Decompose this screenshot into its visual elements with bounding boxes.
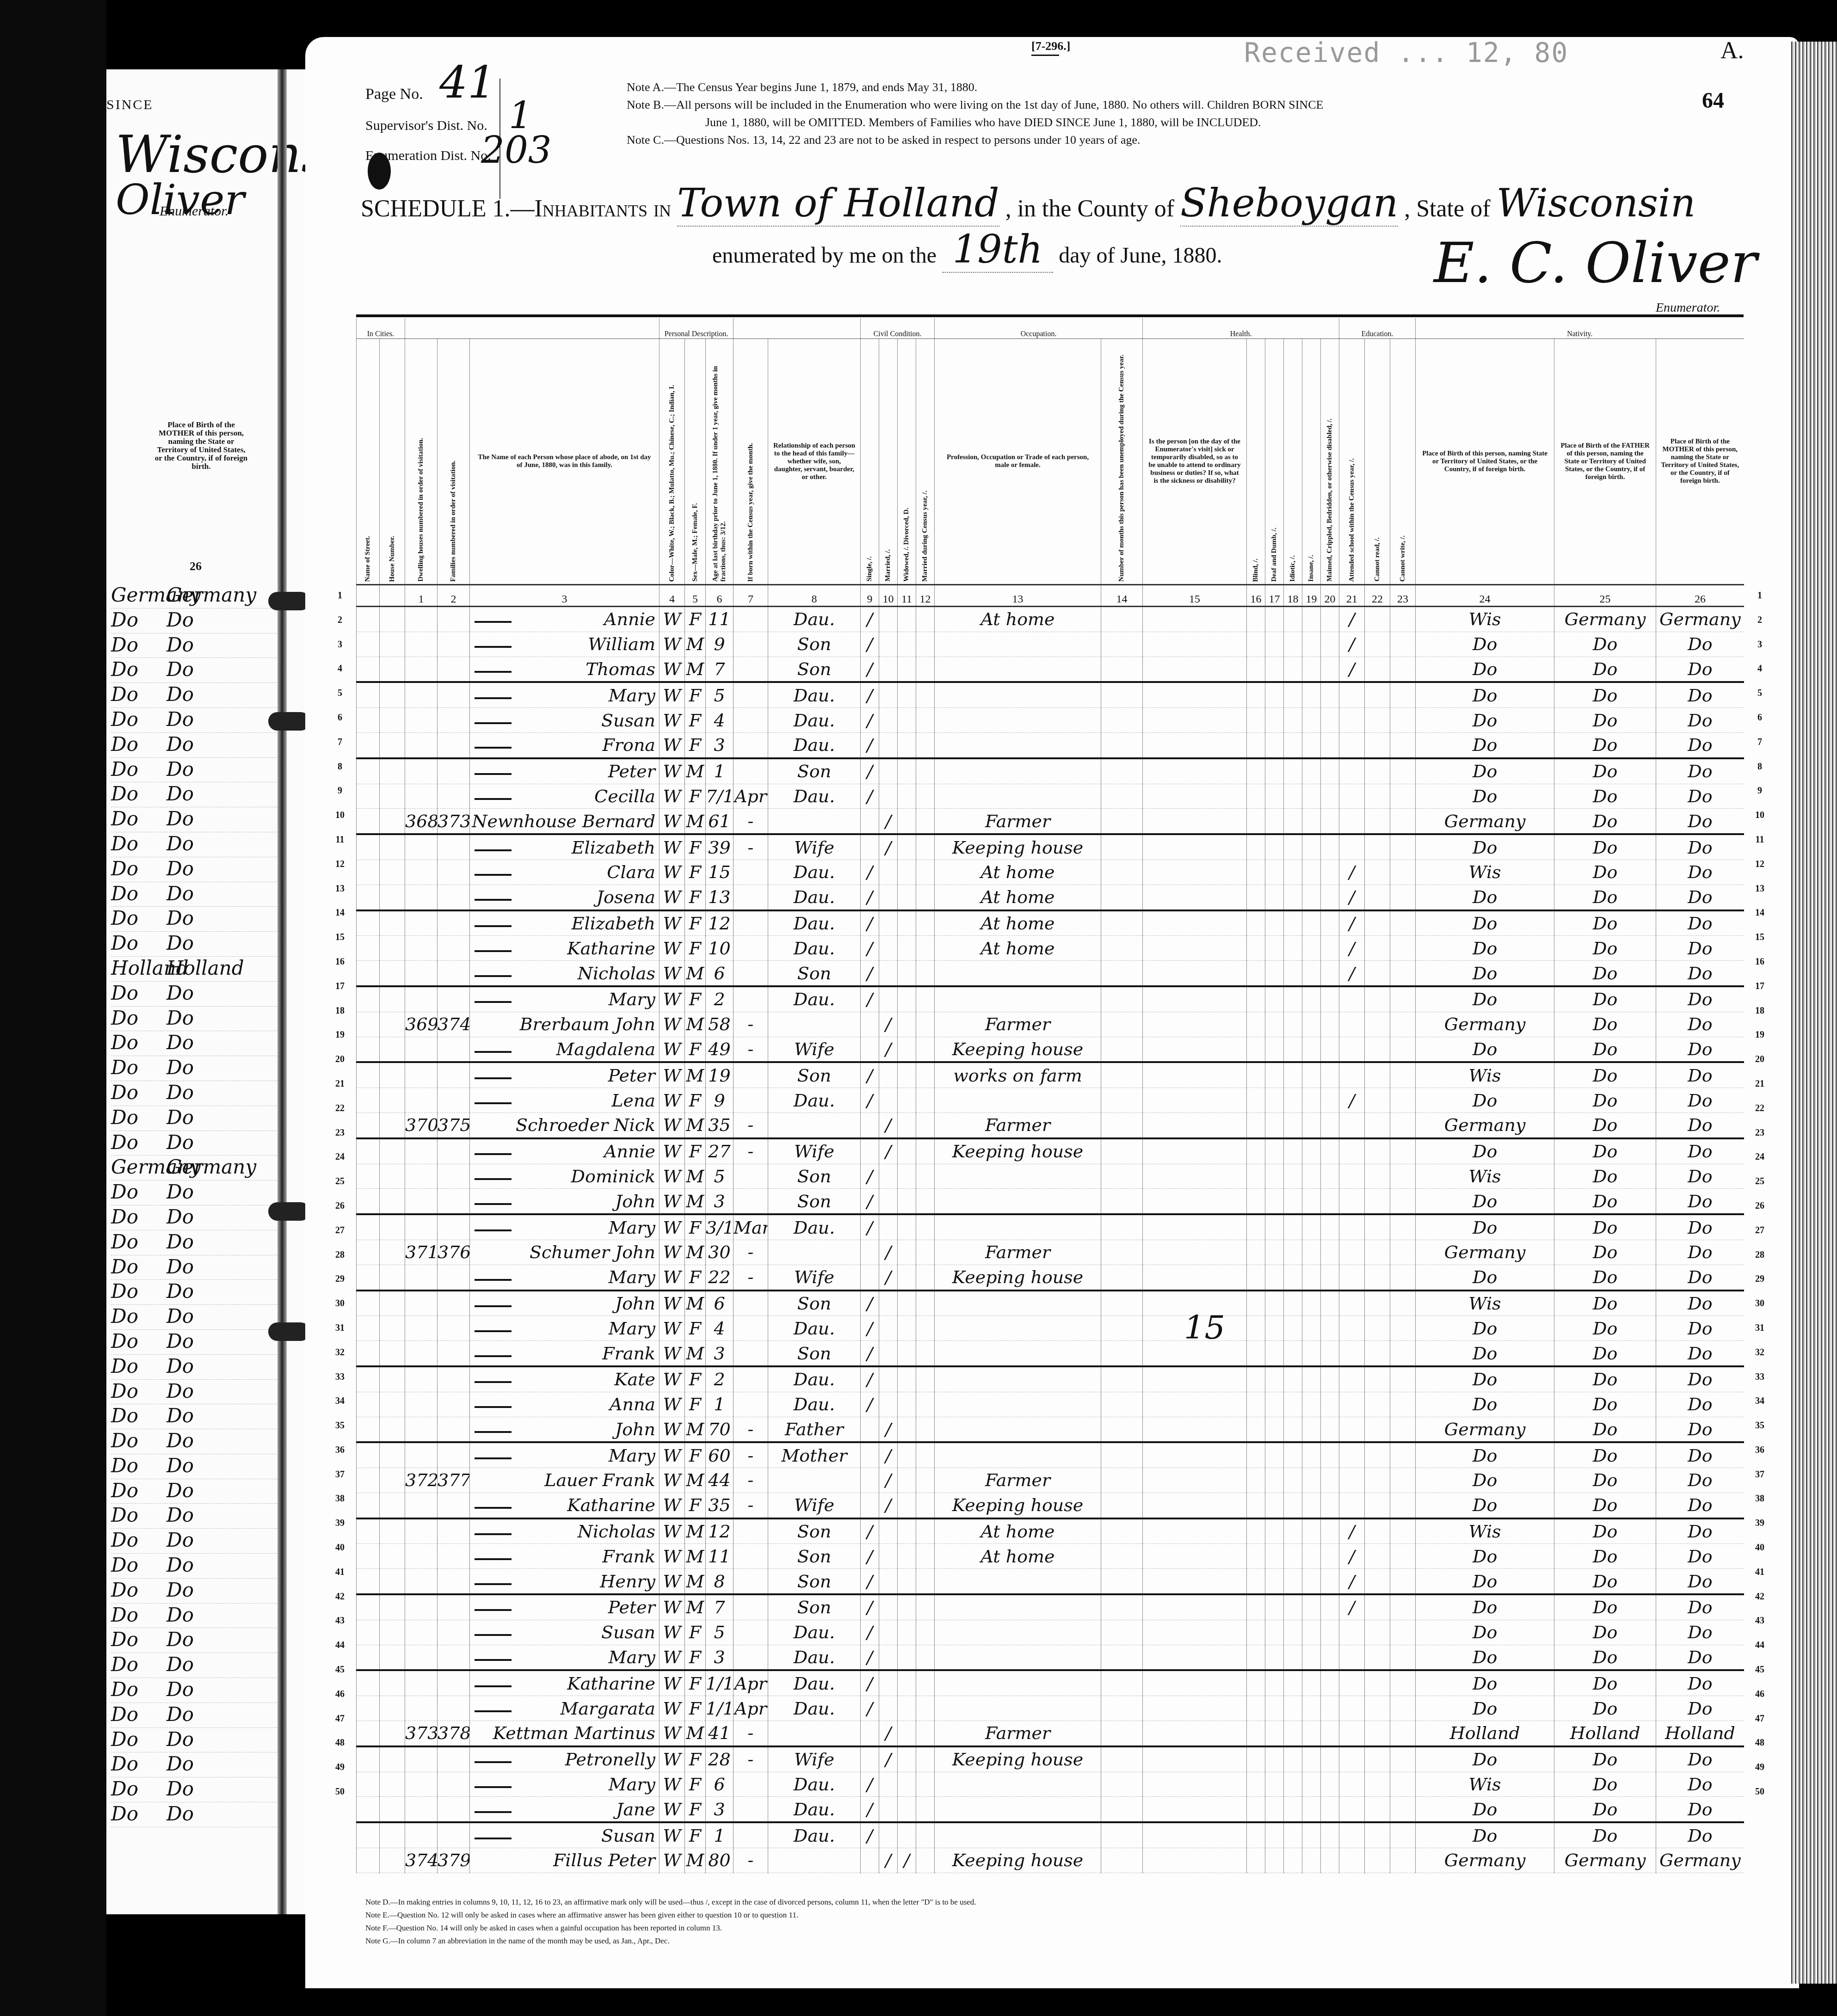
birth-month-cell [734,986,768,1012]
married-mark: / [879,1442,898,1468]
cannot-read-cell [1365,1468,1390,1493]
sex-cell: F [685,936,706,961]
widowed-mark [898,961,916,986]
attended-school-mark: / [1339,885,1365,910]
age-cell: 11 [706,1544,734,1569]
street-cell [357,986,380,1012]
relationship-cell: Dau. [768,708,861,733]
married-mark [879,1696,898,1721]
sickness-cell [1143,1746,1247,1772]
column-number: 19 [1302,585,1321,607]
mother-birthplace-cell: Germany [1656,607,1744,632]
house-cell [380,1062,405,1088]
color-cell: W [660,1138,685,1164]
birthplace-cell: Holland [1416,1721,1554,1746]
sickness-cell [1143,1037,1247,1062]
blind-cell [1247,1670,1265,1696]
cannot-write-cell [1390,1189,1416,1214]
occupation-cell: At home [935,1518,1101,1544]
note-e: Note E.—Question No. 12 will only be ask… [365,1909,1383,1922]
dwelling-number: 374 [405,1848,438,1873]
family-number [438,1670,470,1696]
previous-page-father-birthplace: Do [111,1255,138,1278]
deaf-dumb-cell [1265,834,1284,860]
maimed-cell [1321,936,1339,961]
single-mark: / [861,1518,879,1544]
blind-cell [1247,682,1265,707]
birth-month-cell: - [734,1493,768,1518]
row-number: 16 [331,950,349,974]
house-cell [380,682,405,707]
father-birthplace-cell: Do [1554,1645,1656,1670]
previous-page-father-birthplace: Do [111,1330,138,1352]
mother-birthplace-cell: Do [1656,1468,1744,1493]
married-census-year-cell [916,834,935,860]
dwelling-number [405,1645,438,1670]
row-number: 27 [1751,1218,1769,1243]
single-mark [861,1746,879,1772]
row-number: 10 [331,803,349,828]
married-census-year-cell [916,1012,935,1037]
deaf-dumb-cell [1265,1442,1284,1468]
color-cell: W [660,1316,685,1341]
previous-page-mother-birthplace: Do [166,1529,194,1551]
page-edge-stack [1790,42,1837,1984]
row-number: 33 [1751,1365,1769,1389]
enumerated-label: enumerated by me on the [712,243,937,268]
married-census-year-cell [916,784,935,809]
deaf-dumb-cell [1265,732,1284,758]
blind-cell [1247,607,1265,632]
header-street: Name of Street. [357,339,380,585]
birthplace-cell: Do [1416,1088,1554,1113]
birthplace-cell: Germany [1416,1112,1554,1138]
birth-month-cell [734,1062,768,1088]
person-name: Fillus Peter [470,1848,660,1873]
previous-page-row: DoDo [111,1529,287,1554]
birth-month-cell: - [734,1012,768,1037]
maimed-cell [1321,809,1339,834]
street-cell [357,632,380,657]
previous-page-father-birthplace: Do [111,982,138,1004]
page-no-value: 41 [439,60,496,104]
color-cell: W [660,1772,685,1797]
widowed-mark [898,1138,916,1164]
age-cell: 7 [706,657,734,682]
birth-month-cell [734,1088,768,1113]
married-census-year-cell [916,1088,935,1113]
single-mark: / [861,1088,879,1113]
relationship-cell: Son [768,1518,861,1544]
header-name: The Name of each Person whose place of a… [470,339,660,585]
table-row: ThomasWM7Son//DoDoDo [357,657,1744,682]
street-cell [357,1822,380,1848]
relationship-cell: Dau. [768,1772,861,1797]
cannot-read-cell [1365,910,1390,936]
cannot-write-cell [1390,1012,1416,1037]
sickness-cell [1143,732,1247,758]
cannot-read-cell [1365,1848,1390,1873]
family-number [438,936,470,961]
color-cell: W [660,1088,685,1113]
sickness-cell [1143,708,1247,733]
unemployed-cell [1101,632,1143,657]
cannot-read-cell [1365,961,1390,986]
previous-page-mother-birthplace: Do [166,633,194,656]
row-number: 36 [1751,1438,1769,1463]
column-number: 18 [1284,585,1302,607]
single-mark: / [861,885,879,910]
cannot-write-cell [1390,682,1416,707]
family-number [438,682,470,707]
father-birthplace-cell: Do [1554,1822,1656,1848]
row-number: 36 [331,1438,349,1463]
previous-page-mother-birthplace: Do [166,782,194,805]
header-single: Single, /. [861,339,879,585]
widowed-mark [898,784,916,809]
sickness-cell [1143,1240,1247,1265]
widowed-mark [898,1392,916,1417]
father-birthplace-cell: Do [1554,860,1656,885]
widowed-mark [898,1341,916,1366]
row-number: 34 [1751,1389,1769,1414]
married-mark [879,1366,898,1392]
color-cell: W [660,1696,685,1721]
cannot-read-cell [1365,1164,1390,1189]
previous-page-father-birthplace: Do [111,633,138,656]
street-cell [357,936,380,961]
occupation-cell [935,1442,1101,1468]
deaf-dumb-cell [1265,1214,1284,1240]
attended-school-mark [1339,1164,1365,1189]
cannot-read-cell [1365,732,1390,758]
attended-school-mark [1339,1670,1365,1696]
widowed-mark: / [898,1848,916,1873]
single-mark [861,1265,879,1290]
unemployed-cell [1101,1721,1143,1746]
person-name: William [470,632,660,657]
street-cell [357,1721,380,1746]
sickness-cell [1143,809,1247,834]
sickness-cell [1143,1088,1247,1113]
age-cell: 30 [706,1240,734,1265]
married-mark: / [879,834,898,860]
idiotic-cell [1284,910,1302,936]
maimed-cell [1321,1822,1339,1848]
street-cell [357,1341,380,1366]
family-number [438,1493,470,1518]
father-birthplace-cell: Do [1554,936,1656,961]
street-cell [357,708,380,733]
birth-month-cell: Mar [734,1214,768,1240]
row-number: 49 [331,1755,349,1780]
married-mark: / [879,1468,898,1493]
cannot-write-cell [1390,1417,1416,1442]
maimed-cell [1321,986,1339,1012]
street-cell [357,860,380,885]
married-census-year-cell [916,1062,935,1088]
column-number: 12 [916,585,935,607]
birthplace-cell: Do [1416,1442,1554,1468]
birth-month-cell [734,1569,768,1594]
deaf-dumb-cell [1265,1012,1284,1037]
street-cell [357,1594,380,1620]
widowed-mark [898,1316,916,1341]
mother-birthplace-cell: Do [1656,1366,1744,1392]
married-census-year-cell [916,1848,935,1873]
father-birthplace-cell: Holland [1554,1721,1656,1746]
age-cell: 3/12 [706,1214,734,1240]
unemployed-cell [1101,1189,1143,1214]
color-cell: W [660,1012,685,1037]
age-cell: 35 [706,1112,734,1138]
deaf-dumb-cell [1265,1518,1284,1544]
widowed-mark [898,809,916,834]
idiotic-cell [1284,1189,1302,1214]
mother-birthplace-cell: Do [1656,1645,1744,1670]
relationship-cell [768,1468,861,1493]
birthplace-cell: Do [1416,632,1554,657]
attended-school-mark: / [1339,607,1365,632]
dwelling-number: 370 [405,1112,438,1138]
married-mark [879,1291,898,1316]
sex-cell: M [685,1164,706,1189]
age-cell: 41 [706,1721,734,1746]
sex-cell: F [685,986,706,1012]
deaf-dumb-cell [1265,682,1284,707]
maimed-cell [1321,1189,1339,1214]
idiotic-cell [1284,1670,1302,1696]
cannot-read-cell [1365,1392,1390,1417]
header-color: Color—White, W.; Black, B.; Mulatto, Mu.… [660,339,685,585]
row-number: 17 [331,974,349,999]
father-birthplace-cell: Do [1554,1594,1656,1620]
unemployed-cell [1101,910,1143,936]
married-mark [879,1797,898,1822]
deaf-dumb-cell [1265,1721,1284,1746]
previous-page-father-birthplace: Do [111,1404,138,1427]
married-census-year-cell [916,682,935,707]
father-birthplace-cell: Do [1554,1214,1656,1240]
dwelling-number [405,784,438,809]
street-cell [357,1848,380,1873]
received-stamp: Received ... 12, 80 [1244,37,1568,68]
married-mark: / [879,1037,898,1062]
previous-page-row: DoDo [111,982,287,1007]
married-mark [879,961,898,986]
previous-page-row: GermanyGermany [111,1156,287,1180]
blind-cell [1247,1392,1265,1417]
family-number [438,885,470,910]
person-name: Schumer John [470,1240,660,1265]
single-mark: / [861,1569,879,1594]
birthplace-cell: Do [1416,936,1554,961]
age-cell: 10 [706,936,734,961]
cannot-write-cell [1390,1291,1416,1316]
birthplace-cell: Germany [1416,809,1554,834]
deaf-dumb-cell [1265,1366,1284,1392]
single-mark: / [861,1214,879,1240]
cannot-read-cell [1365,682,1390,707]
father-birthplace-cell: Do [1554,1240,1656,1265]
previous-page-father-birthplace: Do [111,1355,138,1377]
cannot-read-cell [1365,834,1390,860]
birth-month-cell [734,1316,768,1341]
maimed-cell [1321,1670,1339,1696]
street-cell [357,758,380,784]
relationship-cell: Son [768,657,861,682]
cannot-read-cell [1365,1088,1390,1113]
father-birthplace-cell: Do [1554,657,1656,682]
color-cell: W [660,834,685,860]
group-civil-condition: Civil Condition. [861,318,935,339]
married-mark [879,1594,898,1620]
sex-cell: M [685,1291,706,1316]
dwelling-number [405,1620,438,1645]
sickness-cell [1143,1797,1247,1822]
cannot-write-cell [1390,1518,1416,1544]
deaf-dumb-cell [1265,1392,1284,1417]
insane-cell [1302,1012,1321,1037]
relationship-cell: Dau. [768,1088,861,1113]
attended-school-mark [1339,1037,1365,1062]
father-birthplace-cell: Do [1554,809,1656,834]
mother-birthplace-cell: Do [1656,682,1744,707]
previous-page-row: DoDo [111,758,287,783]
relationship-cell: Father [768,1417,861,1442]
house-cell [380,1518,405,1544]
person-name: John [470,1291,660,1316]
insane-cell [1302,860,1321,885]
row-number: 12 [331,852,349,877]
relationship-cell: Dau. [768,732,861,758]
idiotic-cell [1284,1822,1302,1848]
person-name: Susan [470,1822,660,1848]
single-mark: / [861,1291,879,1316]
previous-page-father-birthplace: Do [111,1305,138,1328]
street-cell [357,1772,380,1797]
father-birthplace-cell: Do [1554,708,1656,733]
previous-page-mother-birthplace: Do [166,1479,194,1502]
dwelling-number: 369 [405,1012,438,1037]
dwelling-number [405,657,438,682]
previous-page-mother-birthplace: Do [166,882,194,905]
blind-cell [1247,1518,1265,1544]
unemployed-cell [1101,1240,1143,1265]
relationship-cell: Dau. [768,936,861,961]
age-cell: 19 [706,1062,734,1088]
house-cell [380,936,405,961]
cannot-read-cell [1365,1518,1390,1544]
street-cell [357,1291,380,1316]
insane-cell [1302,1392,1321,1417]
sheet-letter: A. [1720,37,1744,64]
sex-cell: M [685,1240,706,1265]
row-number: 4 [1751,657,1769,681]
insane-cell [1302,1265,1321,1290]
street-cell [357,1112,380,1138]
table-row: CecillaWF7/12AprDau./DoDoDo [357,784,1744,809]
unemployed-cell [1101,1670,1143,1696]
deaf-dumb-cell [1265,1417,1284,1442]
relationship-cell: Son [768,632,861,657]
previous-page-col26-number: 26 [190,559,202,573]
deaf-dumb-cell [1265,1316,1284,1341]
unemployed-cell [1101,1164,1143,1189]
age-cell: 1/12 [706,1696,734,1721]
occupation-cell [935,632,1101,657]
previous-page-mother-birthplace: Do [166,807,194,830]
birthplace-cell: Do [1416,1594,1554,1620]
previous-page-mother-birthplace: Do [166,982,194,1004]
sickness-cell [1143,632,1247,657]
previous-page-father-birthplace: Do [111,1056,138,1079]
attended-school-mark [1339,1696,1365,1721]
previous-page-mother-birthplace: Do [166,1131,194,1154]
mother-birthplace-cell: Do [1656,1417,1744,1442]
row-number: 40 [1751,1536,1769,1560]
sex-cell: F [685,1265,706,1290]
person-name: Mary [470,1442,660,1468]
row-number: 40 [331,1536,349,1560]
cannot-write-cell [1390,632,1416,657]
insane-cell [1302,1822,1321,1848]
color-cell: W [660,1594,685,1620]
house-cell [380,1138,405,1164]
relationship-cell [768,1012,861,1037]
family-number [438,1797,470,1822]
married-mark: / [879,1265,898,1290]
married-census-year-cell [916,986,935,1012]
person-name: Henry [470,1569,660,1594]
unemployed-cell [1101,1392,1143,1417]
sex-cell: F [685,1088,706,1113]
idiotic-cell [1284,1696,1302,1721]
header-widowed: Widowed, /. Divorced, D. [898,339,916,585]
occupation-cell [935,1620,1101,1645]
family-number [438,1594,470,1620]
dwelling-number [405,860,438,885]
row-number: 16 [1751,950,1769,974]
family-number: 377 [438,1468,470,1493]
maimed-cell [1321,1138,1339,1164]
deaf-dumb-cell [1265,986,1284,1012]
insane-cell [1302,1772,1321,1797]
sickness-cell [1143,1848,1247,1873]
married-census-year-cell [916,758,935,784]
mother-birthplace-cell: Do [1656,758,1744,784]
person-name: Frank [470,1341,660,1366]
unemployed-cell [1101,1848,1143,1873]
note-a: Note A.—The Census Year begins June 1, 1… [627,79,1690,96]
cannot-write-cell [1390,1138,1416,1164]
age-cell: 7/12 [706,784,734,809]
married-census-year-cell [916,1620,935,1645]
married-mark: / [879,1240,898,1265]
previous-page-row: DoDo [111,1728,287,1753]
idiotic-cell [1284,657,1302,682]
previous-page-row: DoDo [111,1230,287,1255]
page-bottom-shadow [305,1988,1837,2016]
header-idiotic: Idiotic, /. [1284,339,1302,585]
blind-cell [1247,1696,1265,1721]
insane-cell [1302,708,1321,733]
row-number: 22 [1751,1096,1769,1121]
idiotic-cell [1284,784,1302,809]
occupation-cell: Farmer [935,1112,1101,1138]
previous-page-father-birthplace: Do [111,1479,138,1502]
widowed-mark [898,1037,916,1062]
